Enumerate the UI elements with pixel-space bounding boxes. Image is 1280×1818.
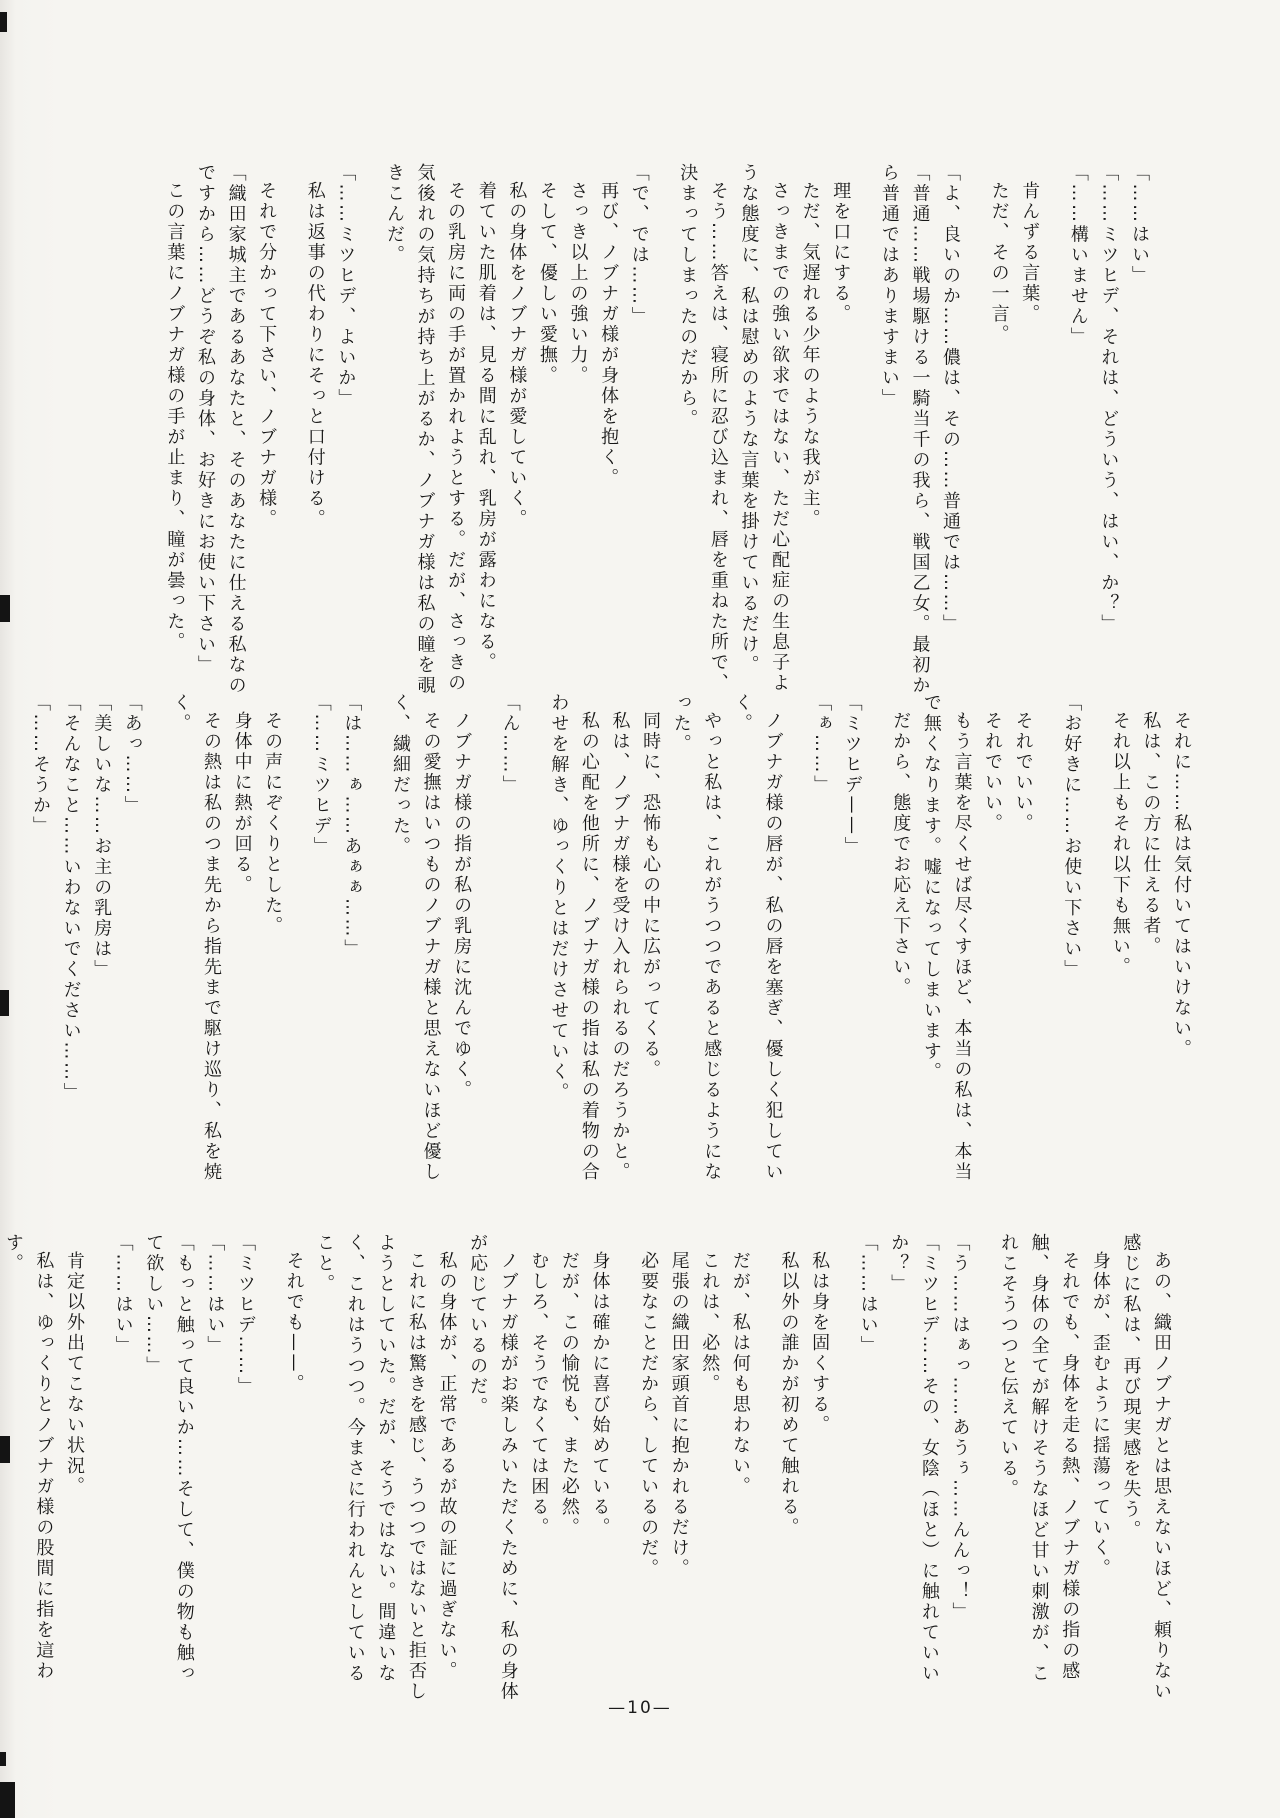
narration-line: 私の身体をノブナガ様が愛していく。 [501,163,532,703]
narration-line: 理を口にする。 [825,163,856,703]
text-band-top: 「……はい」「……ミツヒデ、それは、どういう、はい、か？」「……構いません」肯ん… [58,163,1154,703]
dialogue-line: 「……はい」 [852,1233,883,1703]
narration-line: 同時に、恐怖も心の中に広がってくる。 [635,693,666,1193]
narration-line: 肯定以外出てこない状況。 [58,1233,89,1703]
scan-artifact [0,990,9,1016]
text-band-middle: それに……私は気付いてはいけない。私は、この方に仕える者。それ以上もそれ以下も無… [54,693,1196,1193]
narration-line: その乳房に両の手が置かれようとする。だが、さっきの気後れの気持ちが持ち上がるか、… [378,163,470,703]
dialogue-line: 「は……ぁ……あぁぁ……」 [336,693,367,1193]
narration-line: 私の心配を他所に、ノブナガ様の指は私の着物の合わせを解き、ゆっくりとはだけさせて… [543,693,604,1193]
narration-line: それに……私は気付いてはいけない。 [1165,693,1196,1193]
narration-line: ノブナガ様の唇が、私の唇を塞ぎ、優しく犯していく。 [726,693,787,1193]
narration-line: 着ていた肌着は、見る間に乱れ、乳房が露わになる。 [470,163,501,703]
narration-line: これは、必然。 [694,1233,725,1703]
narration-line: さっきまでの強い欲求ではない、ただ心配症の生息子ような態度に、私は慰めのような言… [733,163,794,703]
narration-line: それでも、身体を走る熱、ノブナガ様の指の感触、身体の全てが解けそうなほど甘い刺激… [992,1233,1084,1703]
narration-line: 身体は確かに喜び始めている。 [584,1233,615,1703]
narration-line: その声にぞくりとした。 [257,693,288,1193]
dialogue-line: 「織田家城主であるあなたと、そのあなたに仕える私なのですから……どうぞ私の身体、… [189,163,250,703]
dialogue-line: 「う……はぁっ……あうぅ……んんっ！」 [944,1233,975,1703]
narration-line: 私は、ノブナガ様を受け入れられるのだろうかと。 [604,693,635,1193]
dialogue-line: 「……ミツヒデ、それは、どういう、はい、か？」 [1093,163,1124,703]
dialogue-line: 「あっ……」 [116,693,147,1193]
narration-line: もう言葉を尽くせば尽くすほど、本当の私は、本当で無くなります。嘘になってしまいま… [915,693,976,1193]
dialogue-line: 「……ミツヒデ、よいか」 [330,163,361,703]
narration-line: ただ、気遅れる少年のような我が主。 [794,163,825,703]
dialogue-line: 「そんなこと……いわないでください……」 [55,693,86,1193]
narration-line: 私は返事の代わりにそっと口付ける。 [299,163,330,703]
dialogue-line: 「……ミツヒデ」 [305,693,336,1193]
dialogue-line: 「ミツヒデ——」 [836,693,867,1193]
narration-line: 身体が、歪むように揺蕩っていく。 [1084,1233,1115,1703]
narration-line: 尾張の織田家頭首に抱かれるだけ。 [663,1233,694,1703]
narration-line: 肯んずる言葉。 [1014,163,1045,703]
narration-line: 私は身を固くする。 [803,1233,834,1703]
dialogue-line: 「ミツヒデ……」 [229,1233,260,1703]
dialogue-line: 「ん……」 [494,693,525,1193]
dialogue-line: 「普通……戦場駆ける一騎当千の我ら、戦国乙女。最初から普通ではありますまい」 [873,163,934,703]
narration-line: むしろ、そうでなくては困る。 [523,1233,554,1703]
narration-line: だが、私は何も思わない。 [724,1233,755,1703]
scan-artifact [0,12,7,32]
narration-line: 私以外の誰かが初めて触れる。 [773,1233,804,1703]
narration-line: 再び、ノブナガ様が身体を抱く。 [593,163,624,703]
narration-line: 身体中に熱が回る。 [226,693,257,1193]
narration-line: 私の身体が、正常であるが故の証に過ぎない。 [431,1233,462,1703]
narration-line: 私は、ゆっくりとノブナガ様の股間に指を這わす。 [0,1233,58,1703]
narration-line: それでいい。 [1007,693,1038,1193]
dialogue-line: 「ミツヒデ……その、女陰（ほと）に触れていいか？」 [883,1233,944,1703]
narration-line: これに私は驚きを感じ、うつつではないと拒否しようとしていた。だが、そうではない。… [309,1233,431,1703]
narration-line: 私は、この方に仕える者。 [1135,693,1166,1193]
narration-line: それで分かって下さい、ノブナガ様。 [251,163,282,703]
narration-line: その愛撫はいつものノブナガ様と思えないほど優しく、繊細だった。 [384,693,445,1193]
dialogue-line: 「……はい」 [107,1233,138,1703]
dialogue-line: 「……はい」 [199,1233,230,1703]
narration-line: その熱は私のつま先から指先まで駆け巡り、私を焼く。 [165,693,226,1193]
narration-line: あの、織田ノブナガとは思えないほど、頼りない感じに私は、再び現実感を失う。 [1115,1233,1176,1703]
dialogue-line: 「美しいな……お主の乳房は」 [86,693,117,1193]
scan-artifact [0,1436,10,1463]
narration-line: ただ、その一言。 [983,163,1014,703]
narration-line: この言葉にノブナガ様の手が止まり、瞳が曇った。 [159,163,190,703]
dialogue-line: 「もっと触って良いか……そして、僕の物も触って欲しい……」 [138,1233,199,1703]
narration-line: 必要なことだから、しているのだ。 [633,1233,664,1703]
text-band-bottom: あの、織田ノブナガとは思えないほど、頼りない感じに私は、再び現実感を失う。身体が… [46,1233,1176,1703]
narration-line: ノブナガ様がお楽しみいただくために、私の身体が応じているのだ。 [462,1233,523,1703]
dialogue-line: 「よ、良いのか……儂は、その……普通では……」 [934,163,965,703]
narration-line: それ以上もそれ以下も無い。 [1104,693,1135,1193]
narration-line: ノブナガ様の指が私の乳房に沈んでゆく。 [446,693,477,1193]
scanned-book-page: 「……はい」「……ミツヒデ、それは、どういう、はい、か？」「……構いません」肯ん… [0,0,1280,1818]
narration-line: やっと私は、これがうつつであると感じるようになった。 [665,693,726,1193]
narration-line: そして、優しい愛撫。 [531,163,562,703]
narration-line: そう……答えは、寝所に忍び込まれ、唇を重ねた所で、決まってしまったのだから。 [672,163,733,703]
dialogue-line: 「ぁ……」 [805,693,836,1193]
scan-artifact [0,595,10,622]
narration-line: それでも——。 [278,1233,309,1703]
narration-line: だが、この愉悦も、また必然。 [553,1233,584,1703]
narration-line: それでいい。 [976,693,1007,1193]
scan-artifact [0,1752,6,1766]
dialogue-line: 「……構いません」 [1062,163,1093,703]
page-number: —10— [0,1698,1280,1718]
dialogue-line: 「お好きに……お使い下さい」 [1056,693,1087,1193]
dialogue-line: 「……そうか」 [24,693,55,1193]
scan-artifact [0,1782,15,1818]
dialogue-line: 「……はい」 [1123,163,1154,703]
narration-line: さっき以上の強い力。 [562,163,593,703]
dialogue-line: 「で、では……」 [623,163,654,703]
narration-line: だから、態度でお応え下さい。 [885,693,916,1193]
